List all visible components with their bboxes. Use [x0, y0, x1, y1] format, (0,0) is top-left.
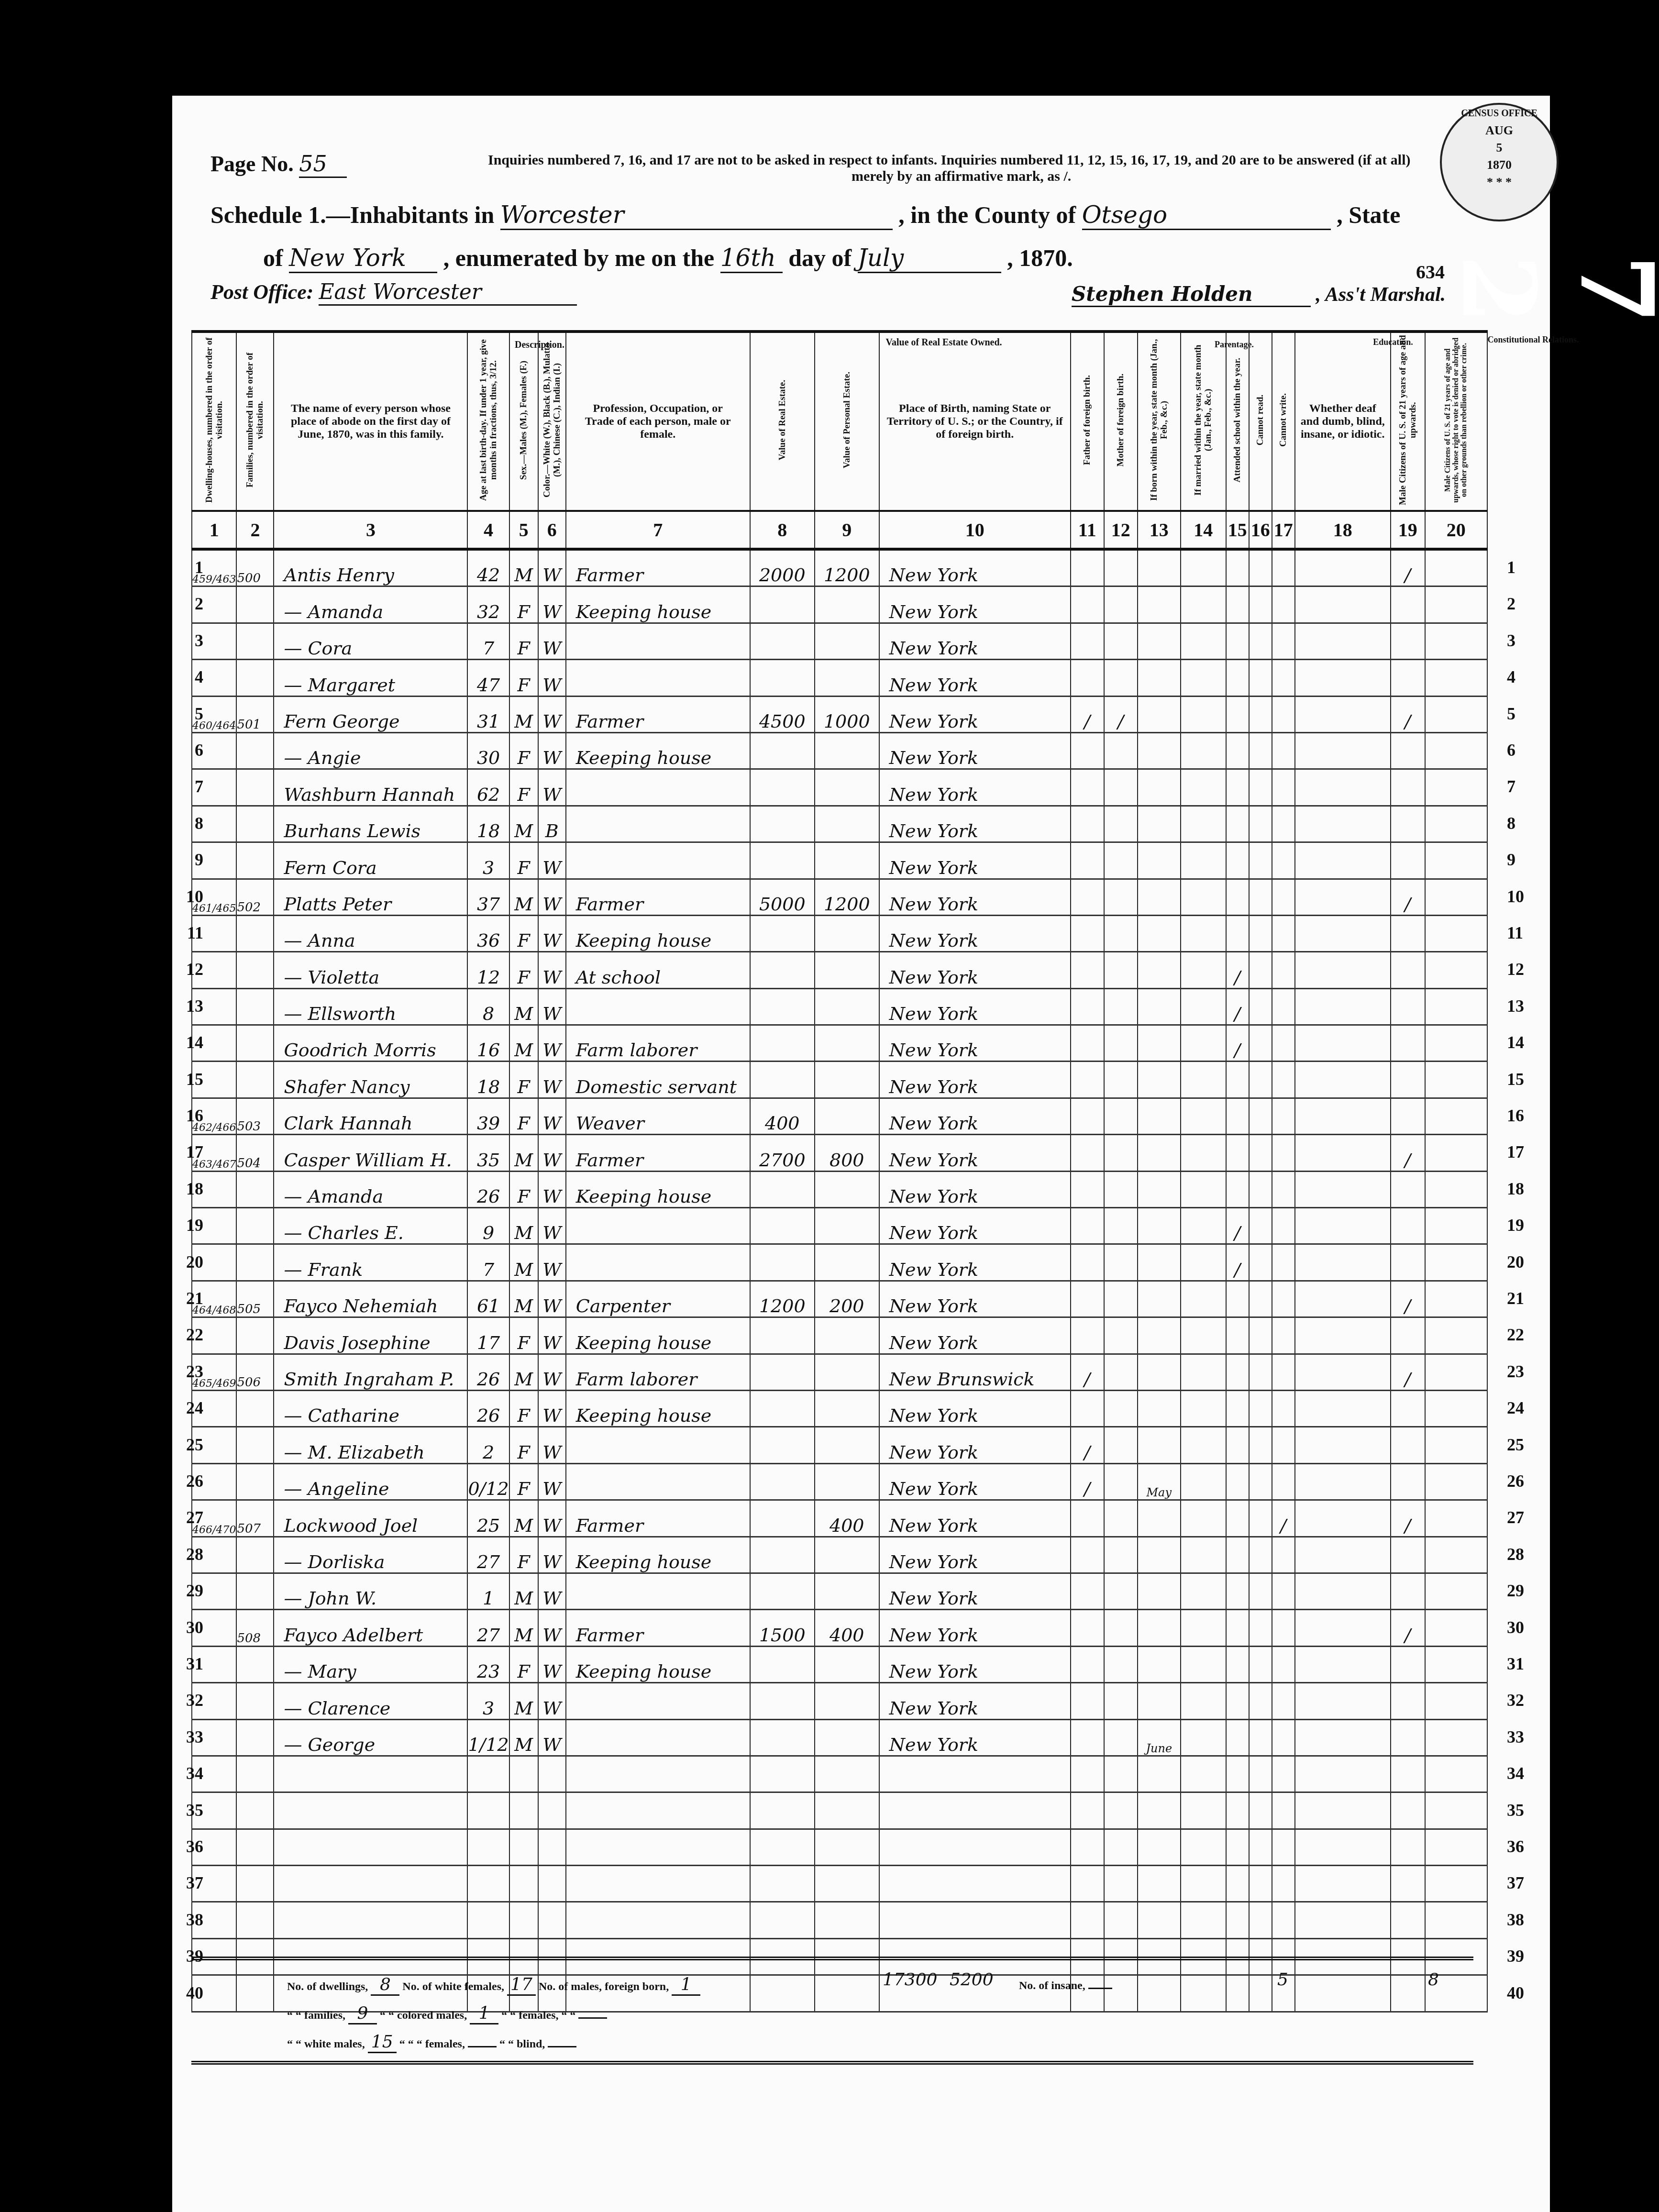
real-estate-value-cell: [750, 806, 815, 842]
vote-denied-cell: [1425, 879, 1487, 915]
age-cell: 37: [467, 879, 509, 915]
birthplace-cell: New York: [879, 1244, 1071, 1281]
family-number-cell: 500: [236, 549, 274, 586]
line-number-right: 32: [1507, 1690, 1536, 1710]
mother-foreign-cell: [1104, 1025, 1138, 1062]
age-cell: 27: [467, 1610, 509, 1646]
color-cell: W: [538, 1537, 566, 1573]
father-foreign-cell: /: [1071, 1354, 1104, 1390]
personal-estate-value-cell: 200: [815, 1281, 879, 1317]
real-estate-value-cell: [750, 732, 815, 769]
personal-estate-value-cell: [815, 1208, 879, 1244]
total-real-estate: 17300: [883, 1970, 938, 1990]
disability-cell: [1295, 1500, 1391, 1537]
person-name-cell: Lockwood Joel: [274, 1500, 467, 1537]
sex-cell: M: [509, 806, 538, 842]
disability-cell: [1295, 1281, 1391, 1317]
vote-denied-cell: [1425, 1463, 1487, 1500]
male-citizen-cell: [1391, 1208, 1425, 1244]
line-number-left: 5: [184, 704, 203, 724]
cannot-write-cell: [1272, 1354, 1295, 1390]
line-number-left: 37: [184, 1873, 203, 1893]
cannot-read-cell: [1249, 1573, 1272, 1609]
vote-denied-cell: [1425, 1025, 1487, 1062]
person-name-cell: — Angeline: [274, 1463, 467, 1500]
cannot-write-cell: [1272, 1537, 1295, 1573]
line-number-right: 18: [1507, 1179, 1536, 1199]
age-cell: 1: [467, 1573, 509, 1609]
line-number-left: 25: [184, 1435, 203, 1455]
line-number-right: 28: [1507, 1544, 1536, 1564]
sex-cell: F: [509, 842, 538, 879]
birthplace-cell: New York: [879, 988, 1071, 1025]
age-cell: 23: [467, 1646, 509, 1682]
column-number-8: 8: [750, 511, 815, 549]
line-number-right: 22: [1507, 1325, 1536, 1345]
person-name-cell: Washburn Hannah: [274, 769, 467, 806]
attended-school-cell: [1226, 1610, 1249, 1646]
column-number-20: 20: [1425, 511, 1487, 549]
occupation-cell: At school: [566, 952, 750, 988]
person-name-cell: Fern George: [274, 696, 467, 732]
table-row: Shafer Nancy18FWDomestic servantNew York: [192, 1062, 1487, 1098]
male-citizen-cell: [1391, 1098, 1425, 1134]
person-name-cell: — Angie: [274, 732, 467, 769]
married-within-year-cell: [1181, 1719, 1226, 1756]
line-number-left: 36: [184, 1836, 203, 1857]
color-cell: W: [538, 988, 566, 1025]
father-foreign-cell: [1071, 1573, 1104, 1609]
age-cell: 0/12: [467, 1463, 509, 1500]
cannot-read-cell: [1249, 952, 1272, 988]
male-citizen-cell: /: [1391, 1500, 1425, 1537]
real-estate-value-cell: [750, 915, 815, 951]
vote-denied-cell: [1425, 1208, 1487, 1244]
cannot-write-cell: [1272, 1390, 1295, 1427]
occupation-cell: [566, 842, 750, 879]
summary-line-3: “ “ white males, 15 “ “ “ females, “ “ b…: [287, 2032, 576, 2053]
mother-foreign-cell: [1104, 1427, 1138, 1463]
line-number-right: 24: [1507, 1398, 1536, 1418]
birthplace-cell: New York: [879, 1610, 1071, 1646]
disability-cell: [1295, 696, 1391, 732]
male-citizen-cell: [1391, 952, 1425, 988]
person-name-cell: Smith Ingraham P.: [274, 1354, 467, 1390]
family-number-cell: [236, 586, 274, 623]
married-within-year-cell: [1181, 879, 1226, 915]
cannot-read-cell: [1249, 988, 1272, 1025]
table-row: — Violetta12FWAt schoolNew York/: [192, 952, 1487, 988]
mother-foreign-cell: [1104, 1281, 1138, 1317]
line-number-right: 21: [1507, 1288, 1536, 1308]
born-within-year-cell: [1138, 769, 1181, 806]
color-cell: [538, 1866, 566, 1902]
born-within-year-cell: [1138, 1610, 1181, 1646]
father-foreign-cell: [1071, 1866, 1104, 1902]
line-number-right: 15: [1507, 1069, 1536, 1089]
column-number-3: 3: [274, 511, 467, 549]
occupation-cell: Farmer: [566, 549, 750, 586]
disability-cell: [1295, 660, 1391, 696]
margin-mark: 0 7 2: [1439, 254, 1659, 340]
line-number-right: 9: [1507, 850, 1536, 870]
personal-estate-value-cell: [815, 1646, 879, 1682]
cannot-write-cell: [1272, 1062, 1295, 1098]
dwellings-count: 8: [371, 1975, 399, 1996]
age-cell: 9: [467, 1208, 509, 1244]
table-row: 462/466503Clark Hannah39FWWeaver400New Y…: [192, 1098, 1487, 1134]
born-within-year-cell: [1138, 1683, 1181, 1719]
real-estate-value-cell: 5000: [750, 879, 815, 915]
vote-denied-cell: [1425, 1792, 1487, 1829]
real-estate-value-cell: [750, 1062, 815, 1098]
table-row: 466/470507Lockwood Joel25MWFarmer400New …: [192, 1500, 1487, 1537]
column-numbers-row: 1234567891011121314151617181920: [192, 511, 1487, 549]
line-number-left: 3: [184, 630, 203, 651]
disability-cell: [1295, 988, 1391, 1025]
col-header-18: Whether deaf and dumb, blind, insane, or…: [1295, 332, 1391, 511]
birthplace-cell: [879, 1866, 1071, 1902]
personal-estate-value-cell: [815, 1062, 879, 1098]
cannot-read-cell: [1249, 1098, 1272, 1134]
personal-estate-value-cell: [815, 732, 879, 769]
attended-school-cell: /: [1226, 1244, 1249, 1281]
table-row: 459/463500Antis Henry42MWFarmer20001200N…: [192, 549, 1487, 586]
personal-estate-value-cell: 1000: [815, 696, 879, 732]
occupation-cell: [566, 769, 750, 806]
personal-estate-value-cell: [815, 1792, 879, 1829]
age-cell: 42: [467, 549, 509, 586]
person-name-cell: — Ellsworth: [274, 988, 467, 1025]
attended-school-cell: [1226, 732, 1249, 769]
attended-school-cell: /: [1226, 952, 1249, 988]
cannot-write-cell: [1272, 549, 1295, 586]
table-row: Fern Cora3FWNew York: [192, 842, 1487, 879]
disability-cell: [1295, 1208, 1391, 1244]
age-cell: 27: [467, 1537, 509, 1573]
line-number-left: 23: [184, 1361, 203, 1382]
color-cell: W: [538, 1354, 566, 1390]
born-within-year-cell: [1138, 1354, 1181, 1390]
family-number-cell: [236, 1317, 274, 1354]
age-cell: 26: [467, 1354, 509, 1390]
sex-cell: F: [509, 769, 538, 806]
person-name-cell: Shafer Nancy: [274, 1062, 467, 1098]
birthplace-cell: New York: [879, 1427, 1071, 1463]
color-cell: W: [538, 660, 566, 696]
real-estate-value-cell: 2700: [750, 1135, 815, 1171]
occupation-cell: Weaver: [566, 1098, 750, 1134]
sex-cell: F: [509, 1646, 538, 1682]
father-foreign-cell: [1071, 1281, 1104, 1317]
cannot-write-cell: [1272, 806, 1295, 842]
cannot-read-cell: [1249, 1317, 1272, 1354]
column-number-5: 5: [509, 511, 538, 549]
mother-foreign-cell: [1104, 1135, 1138, 1171]
married-within-year-cell: [1181, 586, 1226, 623]
age-cell: 18: [467, 1062, 509, 1098]
family-number-cell: [236, 1390, 274, 1427]
married-within-year-cell: [1181, 1500, 1226, 1537]
line-number-left: 8: [184, 813, 203, 833]
color-cell: W: [538, 842, 566, 879]
cannot-read-cell: [1249, 1610, 1272, 1646]
mother-foreign-cell: [1104, 1390, 1138, 1427]
birthplace-cell: New York: [879, 1463, 1071, 1500]
color-cell: W: [538, 915, 566, 951]
married-within-year-cell: [1181, 660, 1226, 696]
father-foreign-cell: [1071, 1646, 1104, 1682]
personal-estate-value-cell: [815, 586, 879, 623]
sex-cell: [509, 1902, 538, 1938]
person-name-cell: — Frank: [274, 1244, 467, 1281]
cannot-write-cell: [1272, 1135, 1295, 1171]
line-number-left: 28: [184, 1544, 203, 1564]
color-cell: W: [538, 879, 566, 915]
mother-foreign-cell: [1104, 1098, 1138, 1134]
male-citizen-cell: /: [1391, 879, 1425, 915]
attended-school-cell: [1226, 1463, 1249, 1500]
line-number-right: 38: [1507, 1910, 1536, 1930]
real-estate-value-cell: [750, 1463, 815, 1500]
attended-school-cell: [1226, 1098, 1249, 1134]
color-cell: [538, 1792, 566, 1829]
born-within-year-cell: [1138, 1646, 1181, 1682]
col-header-15: Attended school within the year.: [1226, 332, 1249, 511]
family-number-cell: 508: [236, 1610, 274, 1646]
born-within-year-cell: [1138, 1500, 1181, 1537]
real-estate-value-cell: [750, 1025, 815, 1062]
attended-school-cell: [1226, 1719, 1249, 1756]
age-cell: 18: [467, 806, 509, 842]
person-name-cell: — Mary: [274, 1646, 467, 1682]
color-cell: W: [538, 623, 566, 659]
table-row: — Ellsworth8MWNew York/: [192, 988, 1487, 1025]
disability-cell: [1295, 915, 1391, 951]
personal-estate-value-cell: [815, 1427, 879, 1463]
attended-school-cell: /: [1226, 1208, 1249, 1244]
line-number-right: 20: [1507, 1252, 1536, 1272]
occupation-cell: Farmer: [566, 1610, 750, 1646]
line-number-left: 33: [184, 1727, 203, 1747]
family-number-cell: [236, 1573, 274, 1609]
line-number-right: 8: [1507, 813, 1536, 833]
cannot-read-cell: [1249, 1427, 1272, 1463]
line-number-left: 21: [184, 1288, 203, 1308]
sex-cell: F: [509, 915, 538, 951]
occupation-cell: Farmer: [566, 696, 750, 732]
line-number-left: 16: [184, 1106, 203, 1126]
color-cell: W: [538, 1025, 566, 1062]
vote-denied-cell: [1425, 549, 1487, 586]
real-estate-value-cell: [750, 1317, 815, 1354]
color-cell: W: [538, 1719, 566, 1756]
person-name-cell: — John W.: [274, 1573, 467, 1609]
birthplace-cell: New York: [879, 1683, 1071, 1719]
male-citizen-cell: [1391, 1829, 1425, 1865]
age-cell: 61: [467, 1281, 509, 1317]
vote-denied-cell: [1425, 1390, 1487, 1427]
birthplace-cell: New York: [879, 586, 1071, 623]
birthplace-cell: New York: [879, 1171, 1071, 1207]
father-foreign-cell: [1071, 1500, 1104, 1537]
sex-cell: M: [509, 549, 538, 586]
cannot-read-cell: [1249, 842, 1272, 879]
person-name-cell: Platts Peter: [274, 879, 467, 915]
disability-cell: [1295, 1829, 1391, 1865]
sex-cell: F: [509, 1062, 538, 1098]
col-header-11: Father of foreign birth.: [1071, 332, 1104, 511]
person-name-cell: Fern Cora: [274, 842, 467, 879]
table-row: — Angie30FWKeeping houseNew York: [192, 732, 1487, 769]
line-number-left: 34: [184, 1763, 203, 1783]
cannot-read-cell: [1249, 1062, 1272, 1098]
column-number-13: 13: [1138, 511, 1181, 549]
cannot-write-cell: [1272, 1244, 1295, 1281]
father-foreign-cell: /: [1071, 696, 1104, 732]
father-foreign-cell: [1071, 988, 1104, 1025]
male-citizen-cell: /: [1391, 1281, 1425, 1317]
birthplace-cell: New York: [879, 1208, 1071, 1244]
family-number-cell: [236, 1683, 274, 1719]
age-cell: 25: [467, 1500, 509, 1537]
male-citizen-cell: [1391, 1427, 1425, 1463]
mother-foreign-cell: [1104, 806, 1138, 842]
sex-cell: M: [509, 1025, 538, 1062]
birthplace-cell: New York: [879, 1719, 1071, 1756]
married-within-year-cell: [1181, 696, 1226, 732]
vote-denied-cell: [1425, 660, 1487, 696]
mother-foreign-cell: [1104, 1317, 1138, 1354]
line-number-right: 17: [1507, 1142, 1536, 1162]
mother-foreign-cell: [1104, 1500, 1138, 1537]
sex-cell: [509, 1866, 538, 1902]
total-attended-school: 5: [1277, 1970, 1288, 1990]
line-number-left: 7: [184, 776, 203, 796]
personal-estate-value-cell: [815, 1683, 879, 1719]
line-number-right: 31: [1507, 1654, 1536, 1674]
color-cell: [538, 1829, 566, 1865]
family-number-cell: [236, 1829, 274, 1865]
blind-count: [548, 2046, 576, 2047]
father-foreign-cell: [1071, 1171, 1104, 1207]
county-field: Otsego: [1082, 201, 1331, 230]
attended-school-cell: [1226, 623, 1249, 659]
disability-cell: [1295, 1171, 1391, 1207]
line-number-left: 40: [184, 1983, 203, 2003]
census-table: Dwelling-houses, numbered in the order o…: [191, 330, 1488, 2013]
mother-foreign-cell: [1104, 623, 1138, 659]
cannot-write-cell: [1272, 1792, 1295, 1829]
attended-school-cell: [1226, 842, 1249, 879]
family-number-cell: [236, 623, 274, 659]
color-cell: W: [538, 1281, 566, 1317]
age-cell: 39: [467, 1098, 509, 1134]
born-within-year-cell: May: [1138, 1463, 1181, 1500]
page-number: 55: [299, 151, 347, 178]
attended-school-cell: [1226, 915, 1249, 951]
line-number-left: 6: [184, 740, 203, 760]
family-number-cell: [236, 1244, 274, 1281]
table-row: 463/467504Casper William H.35MWFarmer270…: [192, 1135, 1487, 1171]
person-name-cell: Davis Josephine: [274, 1317, 467, 1354]
sex-cell: M: [509, 1208, 538, 1244]
personal-estate-value-cell: [815, 1354, 879, 1390]
birthplace-cell: New York: [879, 1281, 1071, 1317]
born-within-year-cell: [1138, 1866, 1181, 1902]
cannot-write-cell: [1272, 1025, 1295, 1062]
male-citizen-cell: [1391, 623, 1425, 659]
disability-cell: [1295, 732, 1391, 769]
parentage-group-label: Parentage.: [1201, 340, 1268, 350]
mother-foreign-cell: [1104, 769, 1138, 806]
male-citizen-cell: /: [1391, 549, 1425, 586]
line-number-left: 26: [184, 1471, 203, 1491]
vote-denied-cell: [1425, 1281, 1487, 1317]
real-estate-value-cell: [750, 1866, 815, 1902]
family-number-cell: [236, 952, 274, 988]
family-number-cell: [236, 1866, 274, 1902]
line-number-right: 39: [1507, 1946, 1536, 1966]
occupation-cell: Keeping house: [566, 1317, 750, 1354]
personal-estate-value-cell: [815, 1171, 879, 1207]
person-name-cell: — M. Elizabeth: [274, 1427, 467, 1463]
real-estate-value-cell: [750, 1756, 815, 1792]
personal-estate-value-cell: [815, 1025, 879, 1062]
real-estate-value-cell: 1500: [750, 1610, 815, 1646]
birthplace-cell: New York: [879, 915, 1071, 951]
male-citizen-cell: [1391, 1171, 1425, 1207]
vote-denied-cell: [1425, 915, 1487, 951]
father-foreign-cell: [1071, 623, 1104, 659]
vote-denied-cell: [1425, 1062, 1487, 1098]
vote-denied-cell: [1425, 842, 1487, 879]
father-foreign-cell: [1071, 1610, 1104, 1646]
sex-cell: F: [509, 1317, 538, 1354]
table-row: 465/469506Smith Ingraham P.26MWFarm labo…: [192, 1354, 1487, 1390]
birthplace-cell: New York: [879, 696, 1071, 732]
family-number-cell: [236, 660, 274, 696]
occupation-cell: Farm laborer: [566, 1025, 750, 1062]
col-header-5: Sex.—Males (M.), Females (F.): [509, 332, 538, 511]
mother-foreign-cell: [1104, 586, 1138, 623]
cannot-write-cell: [1272, 952, 1295, 988]
column-number-15: 15: [1226, 511, 1249, 549]
line-number-right: 6: [1507, 740, 1536, 760]
vote-denied-cell: [1425, 586, 1487, 623]
personal-estate-value-cell: [815, 1317, 879, 1354]
cannot-write-cell: [1272, 1427, 1295, 1463]
table-row: — Margaret47FWNew York: [192, 660, 1487, 696]
cannot-write-cell: [1272, 1573, 1295, 1609]
born-within-year-cell: [1138, 1829, 1181, 1865]
table-row: [192, 1792, 1487, 1829]
person-name-cell: Antis Henry: [274, 549, 467, 586]
col-header-8: Value of Real Estate.: [750, 332, 815, 511]
real-estate-value-cell: [750, 1719, 815, 1756]
color-cell: W: [538, 696, 566, 732]
father-foreign-cell: [1071, 1390, 1104, 1427]
birthplace-cell: [879, 1902, 1071, 1938]
born-within-year-cell: [1138, 586, 1181, 623]
age-cell: 26: [467, 1390, 509, 1427]
line-number-right: 16: [1507, 1106, 1536, 1126]
line-number-right: 1: [1507, 557, 1536, 577]
cannot-read-cell: [1249, 549, 1272, 586]
education-group-label: Education.: [1359, 337, 1427, 347]
census-office-stamp: CENSUS OFFICE AUG 5 1870 * * *: [1440, 103, 1559, 221]
father-foreign-cell: [1071, 806, 1104, 842]
